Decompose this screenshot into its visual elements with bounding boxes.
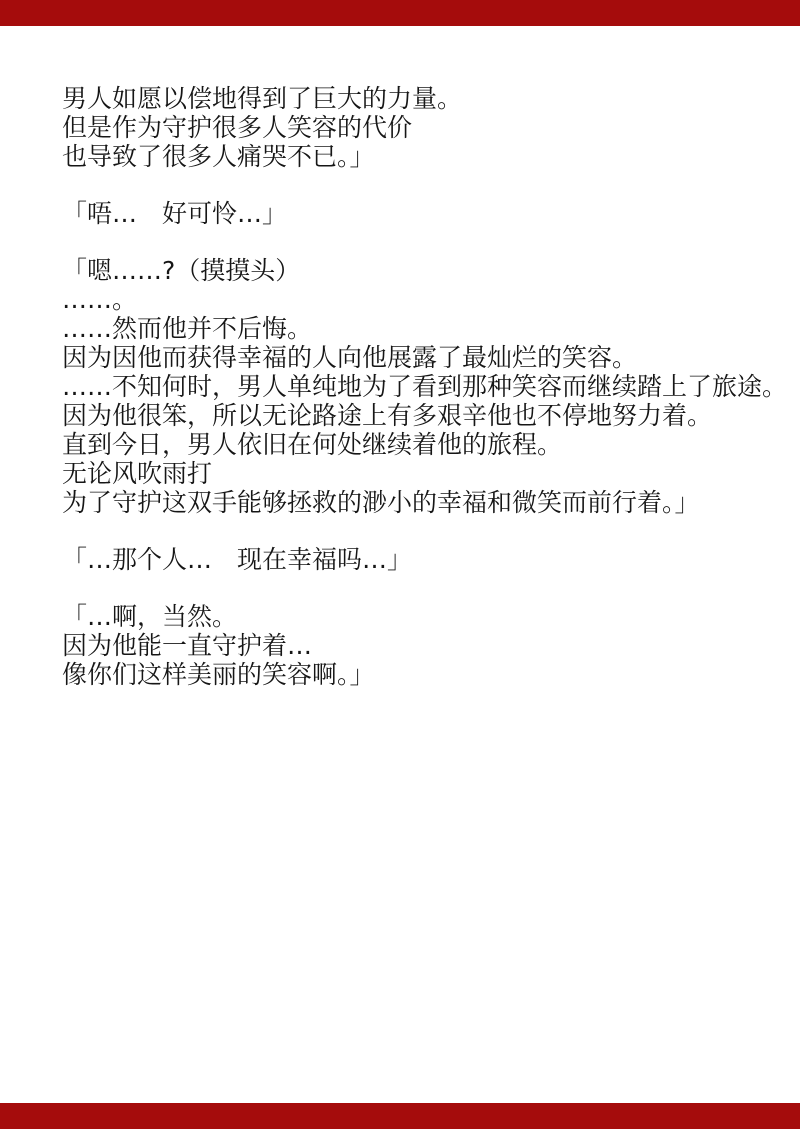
script-text-page: 男人如愿以偿地得到了巨大的力量。 但是作为守护很多人笑容的代价 也导致了很多人痛… <box>62 84 800 717</box>
text-line: ……然而他并不后悔。 <box>62 314 800 343</box>
paragraph-dialogue-1: 「唔… 好可怜…」 <box>62 199 800 228</box>
page-crop-marker-bottom <box>0 1103 800 1129</box>
paragraph-dialogue-2: 「嗯……?（摸摸头） ……。 ……然而他并不后悔。 因为因他而获得幸福的人向他展… <box>62 256 800 517</box>
text-line: 因为他很笨，所以无论路途上有多艰辛他也不停地努力着。 <box>62 401 800 430</box>
text-line: 为了守护这双手能够拯救的渺小的幸福和微笑而前行着。」 <box>62 488 800 517</box>
text-line: 但是作为守护很多人笑容的代价 <box>62 113 800 142</box>
paragraph-narration-1: 男人如愿以偿地得到了巨大的力量。 但是作为守护很多人笑容的代价 也导致了很多人痛… <box>62 84 800 171</box>
text-line: 因为因他而获得幸福的人向他展露了最灿烂的笑容。 <box>62 343 800 372</box>
text-line: 「唔… 好可怜…」 <box>62 199 800 228</box>
text-line: 「…那个人… 现在幸福吗…」 <box>62 545 800 574</box>
paragraph-dialogue-4: 「…啊，当然。 因为他能一直守护着… 像你们这样美丽的笑容啊。」 <box>62 602 800 689</box>
text-line: ……。 <box>62 285 800 314</box>
text-line: 像你们这样美丽的笑容啊。」 <box>62 660 800 689</box>
page-crop-marker-top <box>0 0 800 26</box>
text-line: ……不知何时，男人单纯地为了看到那种笑容而继续踏上了旅途。 <box>62 372 800 401</box>
text-line: 「…啊，当然。 <box>62 602 800 631</box>
paragraph-dialogue-3: 「…那个人… 现在幸福吗…」 <box>62 545 800 574</box>
text-line: 「嗯……?（摸摸头） <box>62 256 800 285</box>
text-line: 直到今日，男人依旧在何处继续着他的旅程。 <box>62 430 800 459</box>
text-line: 无论风吹雨打 <box>62 459 800 488</box>
text-line: 因为他能一直守护着… <box>62 631 800 660</box>
text-line: 也导致了很多人痛哭不已。」 <box>62 142 800 171</box>
text-line: 男人如愿以偿地得到了巨大的力量。 <box>62 84 800 113</box>
